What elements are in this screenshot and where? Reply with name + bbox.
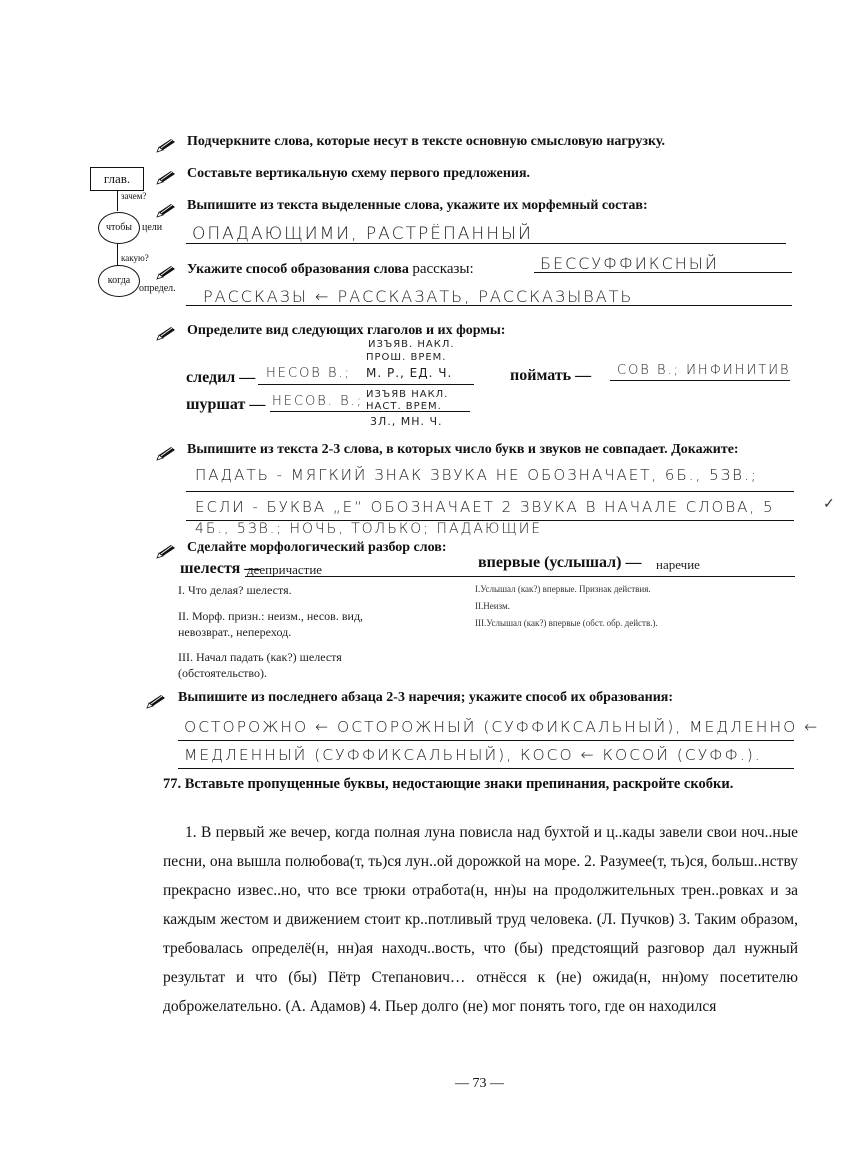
answer-line <box>186 305 792 306</box>
morph-left-line-2: II. Морф. призн.: неизм., несов. вид, не… <box>178 608 408 640</box>
check-mark: ✓ <box>823 496 835 512</box>
answer-letters-sounds-3[interactable]: 4Б., 5ЗВ.; НОЧЬ, ТОЛЬКО; ПАДАЮЩИЕ <box>195 521 542 537</box>
task-word-formation: Укажите способ образования слова рассказ… <box>187 261 474 278</box>
exercise-header: 77. Вставьте пропущенные буквы, недостаю… <box>163 776 733 793</box>
answer-formation-chain[interactable]: РАССКАЗЫ ← РАССКАЗАТЬ, РАССКАЗЫВАТЬ <box>203 287 633 306</box>
pencil-icon <box>155 170 177 186</box>
answer-line <box>178 768 794 769</box>
answer-formation-type[interactable]: БЕССУФФИКСНЫЙ <box>540 254 719 273</box>
task-word-formation-text: Укажите способ образования слова <box>187 262 409 277</box>
pencil-icon <box>155 446 177 462</box>
answer-line <box>258 384 474 385</box>
task-vertical-schema: Составьте вертикальную схему первого пре… <box>187 166 530 182</box>
task-underline-keywords: Подчеркните слова, которые несут в текст… <box>187 134 665 150</box>
task-adverbs: Выпишите из последнего абзаца 2-3 наречи… <box>178 690 673 706</box>
verb-poymat: поймать — <box>510 367 591 385</box>
task-morphemes: Выпишите из текста выделенные слова, ука… <box>187 198 648 214</box>
schema-node-1: чтобы <box>98 212 140 244</box>
answer-adverbs-1[interactable]: ОСТОРОЖНО ← ОСТОРОЖНЫЙ (СУФФИКСАЛЬНЫЙ), … <box>184 718 819 736</box>
pencil-icon <box>155 544 177 560</box>
answer-sledil-note-2: ПРОШ. ВРЕМ. <box>366 352 447 363</box>
exercise-number: 77. <box>163 776 181 792</box>
verb-sledil: следил — <box>186 369 255 387</box>
schema-arrow <box>117 244 118 266</box>
answer-line <box>245 576 795 577</box>
morph-left-line-3: III. Начал падать (как?) шелестя (обстоя… <box>178 649 408 681</box>
page-number: — 73 — <box>455 1076 504 1092</box>
schema-arrow <box>117 191 118 211</box>
answer-line <box>186 243 786 244</box>
answer-adverbs-2[interactable]: МЕДЛЕННЫЙ (СУФФИКСАЛЬНЫЙ), КОСО ← КОСОЙ … <box>184 746 762 764</box>
schema-node-1-note: цели <box>142 222 162 233</box>
morph-left-line-1: I. Что делая? шелестя. <box>178 582 408 598</box>
pencil-icon <box>155 203 177 219</box>
schema-node-2-note: определ. <box>139 283 176 294</box>
verb-shurshat: шуршат — <box>186 396 265 414</box>
answer-poymat[interactable]: СОВ В.; ИНФИНИТИВ <box>617 363 791 378</box>
task-verb-aspect: Определите вид следующих глаголов и их ф… <box>187 323 505 339</box>
answer-line <box>270 411 470 412</box>
answer-letters-sounds-1[interactable]: ПАДАТЬ - МЯГКИЙ ЗНАК ЗВУКА НЕ ОБОЗНАЧАЕТ… <box>195 466 758 484</box>
morph-pos-right: наречие <box>656 557 700 573</box>
task-letters-sounds: Выпишите из текста 2-3 слова, в которых … <box>187 442 739 458</box>
answer-morphemes[interactable]: ОПАДАЮЩИМИ, РАСТРЁПАННЫЙ <box>192 224 533 244</box>
pencil-icon <box>145 694 167 710</box>
schema-main-clause: глав. <box>90 167 144 191</box>
answer-shurshat-aspect[interactable]: НЕСОВ. В.; <box>272 394 363 409</box>
task-morph-analysis: Сделайте морфологический разбор слов: <box>187 540 447 556</box>
answer-line <box>178 740 794 741</box>
answer-sledil-aspect[interactable]: НЕСОВ В.; <box>266 366 351 381</box>
answer-sledil-note-1: ИЗЪЯВ. НАКЛ. <box>368 339 455 350</box>
answer-line <box>186 491 794 492</box>
morph-right-line-2: II.Неизм. <box>475 598 510 614</box>
morph-word-right: впервые (услышал) — <box>478 554 641 572</box>
pencil-icon <box>155 265 177 281</box>
answer-letters-sounds-2[interactable]: ЕСЛИ - БУКВА „Е“ ОБОЗНАЧАЕТ 2 ЗВУКА В НА… <box>195 498 775 516</box>
pencil-icon <box>155 138 177 154</box>
answer-shurshat-note-3: 3Л., МН. Ч. <box>370 416 443 427</box>
answer-line <box>610 380 790 381</box>
exercise-title: Вставьте пропущенные буквы, недостающие … <box>185 776 734 792</box>
pencil-icon <box>155 326 177 342</box>
task-word-formation-target: рассказы: <box>412 261 473 277</box>
answer-sledil-note-3: М. Р., ЕД. Ч. <box>366 368 452 379</box>
schema-question-2: какую? <box>121 253 149 263</box>
schema-question-1: зачем? <box>121 191 146 201</box>
exercise-text: 1. В первый же вечер, когда полная луна … <box>163 818 798 1021</box>
schema-node-2: когда <box>98 265 140 297</box>
morph-right-line-3: III.Услышал (как?) впервые (обст. обр. д… <box>475 615 658 631</box>
morph-right-line-1: I.Услышал (как?) впервые. Признак действ… <box>475 581 651 597</box>
answer-shurshat-note-1: ИЗЪЯВ НАКЛ. <box>366 389 448 400</box>
answer-line <box>534 272 792 273</box>
